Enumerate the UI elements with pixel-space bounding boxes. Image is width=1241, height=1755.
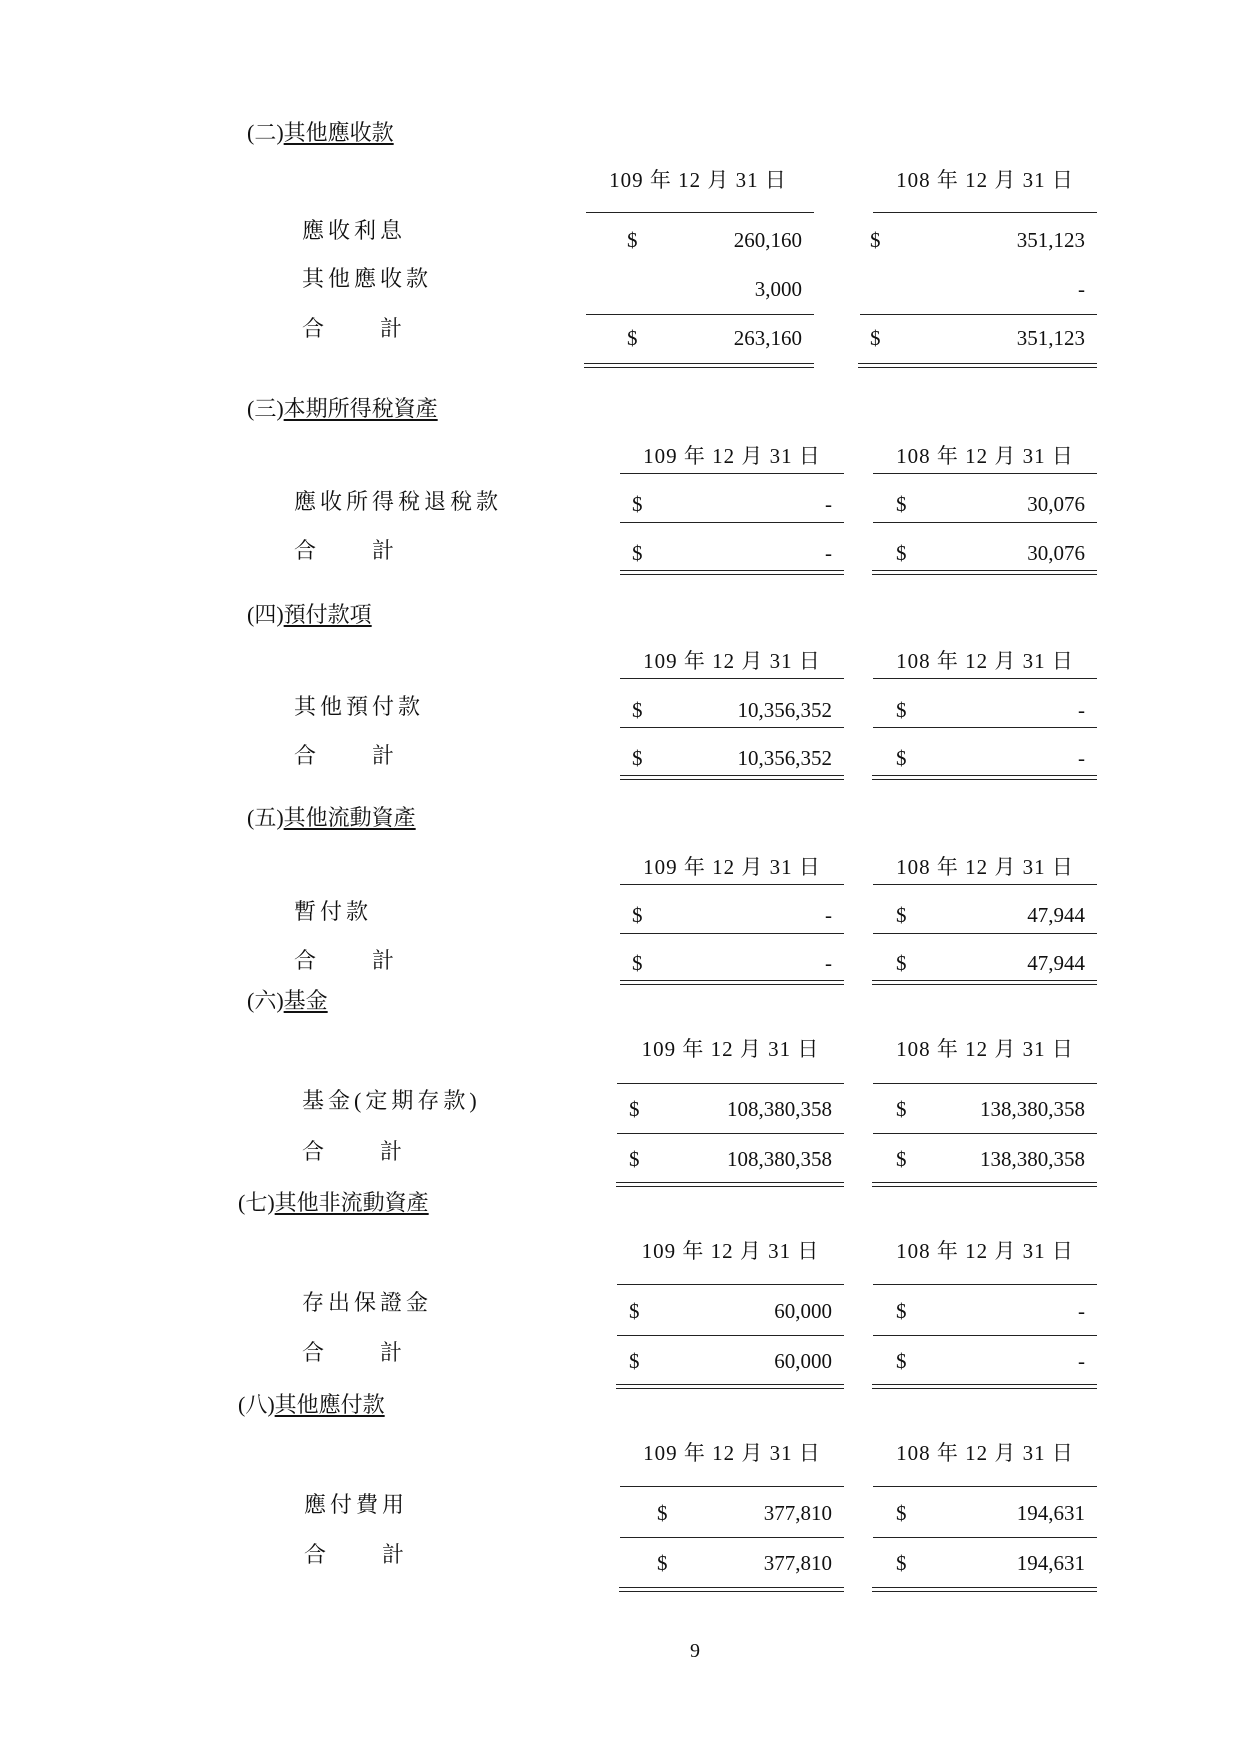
currency-symbol: $ [896,902,907,928]
total-label: 合 計 [302,1139,406,1165]
currency-symbol: $ [870,227,881,253]
row-label: 存出保證金 [302,1290,432,1316]
subtotal-rule [617,1335,844,1336]
subtotal-rule [586,314,814,315]
header-rule [620,1486,844,1487]
total-double-rule [872,980,1097,985]
header-rule [873,1083,1097,1084]
header-rule [617,1083,844,1084]
section-title: 其他非流動資產 [275,1190,429,1215]
currency-symbol: $ [632,540,643,566]
column-header-2020: 109 年 12 月 31 日 [620,1440,844,1466]
column-header-2019: 108 年 12 月 31 日 [873,443,1097,469]
total-label: 合 計 [302,316,406,342]
section-title: 基金 [284,988,328,1013]
row-label: 暫付款 [294,899,372,925]
currency-symbol: $ [657,1500,668,1526]
currency-symbol: $ [896,540,907,566]
subtotal-rule [620,522,844,523]
total-label: 合 計 [304,1542,408,1568]
value-2019: 194,631 [925,1500,1085,1526]
column-header-2019: 108 年 12 月 31 日 [873,1238,1097,1264]
currency-symbol: $ [632,491,643,517]
total-double-rule [872,1182,1097,1187]
subtotal-rule [873,1335,1097,1336]
value-2020: - [680,902,832,928]
section-title: 其他應付款 [275,1392,385,1417]
total-2019: 351,123 [900,325,1085,351]
row-label: 其他應收款 [302,266,432,292]
total-double-rule [620,570,844,575]
value-2019: - [900,276,1085,302]
currency-symbol: $ [629,1146,640,1172]
value-2020: 3,000 [660,276,802,302]
currency-symbol: $ [632,745,643,771]
total-double-rule [872,775,1097,780]
header-rule [620,884,844,885]
total-2019: 138,380,358 [925,1146,1085,1172]
section-heading: (五)其他流動資產 [247,805,416,831]
currency-symbol: $ [896,745,907,771]
subtotal-rule [873,933,1097,934]
total-2020: - [680,540,832,566]
subtotal-rule [873,727,1097,728]
currency-symbol: $ [657,1550,668,1576]
currency-symbol: $ [870,325,881,351]
total-2020: 60,000 [660,1348,832,1374]
value-2019: - [925,1298,1085,1324]
section-heading: (七)其他非流動資產 [238,1190,429,1216]
subtotal-rule [873,1133,1097,1134]
total-2019: - [930,745,1085,771]
header-rule [873,678,1097,679]
total-label: 合 計 [294,538,398,564]
value-2020: - [680,491,832,517]
total-double-rule [872,570,1097,575]
value-2019: 30,076 [930,491,1085,517]
section-title: 其他流動資產 [284,805,416,830]
total-label: 合 計 [302,1340,406,1366]
currency-symbol: $ [896,697,907,723]
total-2020: - [680,950,832,976]
section-heading: (四)預付款項 [247,602,372,628]
currency-symbol: $ [627,325,638,351]
section-prefix: (六) [247,988,284,1013]
total-2019: 47,944 [930,950,1085,976]
column-header-2020: 109 年 12 月 31 日 [620,443,844,469]
currency-symbol: $ [896,950,907,976]
total-double-rule [872,1587,1097,1592]
column-header-2020: 109 年 12 月 31 日 [617,1036,844,1062]
column-header-2020: 109 年 12 月 31 日 [620,648,844,674]
section-title: 預付款項 [284,602,372,627]
section-prefix: (四) [247,602,284,627]
total-label: 合 計 [294,948,398,974]
value-2020: 108,380,358 [660,1096,832,1122]
total-double-rule [619,1587,844,1592]
header-rule [873,884,1097,885]
total-2020: 10,356,352 [680,745,832,771]
section-heading: (六)基金 [247,988,328,1014]
total-double-rule [616,1182,844,1187]
column-header-2020: 109 年 12 月 31 日 [620,854,844,880]
total-double-rule [620,980,844,985]
row-label: 應收所得稅退稅款 [294,489,502,515]
section-heading: (三)本期所得稅資產 [247,396,438,422]
subtotal-rule [873,1537,1097,1538]
column-header-2020: 109 年 12 月 31 日 [582,167,814,193]
header-rule [620,678,844,679]
section-prefix: (七) [238,1190,275,1215]
column-header-2019: 108 年 12 月 31 日 [873,167,1097,193]
currency-symbol: $ [632,902,643,928]
currency-symbol: $ [632,697,643,723]
value-2019: 351,123 [900,227,1085,253]
value-2019: 47,944 [930,902,1085,928]
section-prefix: (二) [247,120,284,145]
currency-symbol: $ [629,1096,640,1122]
section-heading: (八)其他應付款 [238,1392,385,1418]
section-title: 本期所得稅資產 [284,396,438,421]
value-2020: 10,356,352 [680,697,832,723]
currency-symbol: $ [896,1500,907,1526]
subtotal-rule [860,314,1097,315]
column-header-2019: 108 年 12 月 31 日 [873,1440,1097,1466]
subtotal-rule [620,933,844,934]
currency-symbol: $ [896,1146,907,1172]
section-prefix: (八) [238,1392,275,1417]
total-2020: 263,160 [660,325,802,351]
header-rule [873,212,1097,213]
value-2019: - [930,697,1085,723]
total-2019: - [925,1348,1085,1374]
currency-symbol: $ [629,1298,640,1324]
total-double-rule [620,775,844,780]
header-rule [873,1486,1097,1487]
total-double-rule [616,1384,844,1389]
header-rule [873,473,1097,474]
header-rule [620,473,844,474]
currency-symbol: $ [896,1096,907,1122]
value-2020: 60,000 [660,1298,832,1324]
row-label: 應付費用 [304,1492,408,1518]
currency-symbol: $ [629,1348,640,1374]
currency-symbol: $ [896,1348,907,1374]
header-rule [873,1284,1097,1285]
row-label: 應收利息 [302,218,406,244]
subtotal-rule [620,727,844,728]
header-rule [586,212,814,213]
total-double-rule [584,363,814,368]
value-2020: 260,160 [660,227,802,253]
header-rule [617,1284,844,1285]
column-header-2020: 109 年 12 月 31 日 [617,1238,844,1264]
row-label: 其他預付款 [294,694,424,720]
total-2019: 30,076 [930,540,1085,566]
subtotal-rule [620,1537,844,1538]
page-number: 9 [675,1639,715,1663]
column-header-2019: 108 年 12 月 31 日 [873,1036,1097,1062]
column-header-2019: 108 年 12 月 31 日 [873,648,1097,674]
currency-symbol: $ [896,491,907,517]
total-double-rule [872,1384,1097,1389]
subtotal-rule [873,522,1097,523]
currency-symbol: $ [896,1550,907,1576]
row-label: 基金(定期存款) [302,1088,481,1114]
value-2020: 377,810 [690,1500,832,1526]
total-double-rule [858,363,1097,368]
total-2020: 108,380,358 [660,1146,832,1172]
subtotal-rule [617,1133,844,1134]
currency-symbol: $ [896,1298,907,1324]
section-heading: (二)其他應收款 [247,120,394,146]
total-2020: 377,810 [690,1550,832,1576]
section-title: 其他應收款 [284,120,394,145]
total-2019: 194,631 [925,1550,1085,1576]
section-prefix: (三) [247,396,284,421]
total-label: 合 計 [294,743,398,769]
currency-symbol: $ [632,950,643,976]
section-prefix: (五) [247,805,284,830]
column-header-2019: 108 年 12 月 31 日 [873,854,1097,880]
value-2019: 138,380,358 [925,1096,1085,1122]
currency-symbol: $ [627,227,638,253]
